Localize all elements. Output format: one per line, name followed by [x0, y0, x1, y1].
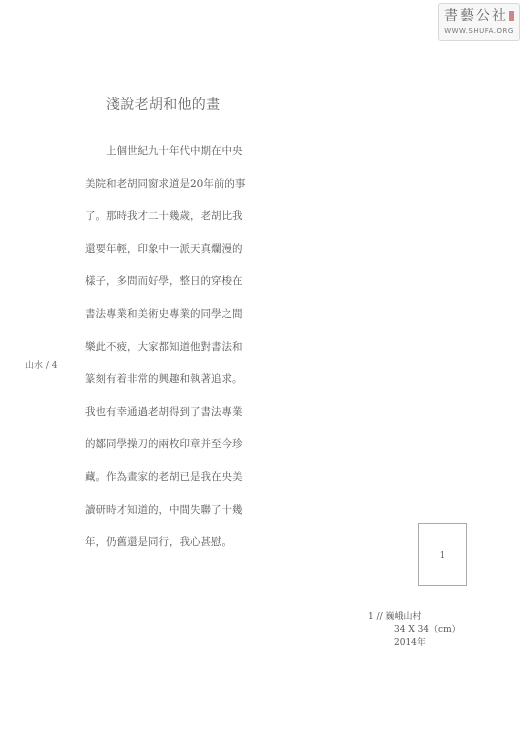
body-line: 了。那時我才二十幾歲，老胡比我 — [85, 208, 255, 241]
watermark-logo-text: 書藝公社 — [439, 6, 519, 26]
body-line: 上個世紀九十年代中期在中央 — [85, 143, 255, 176]
body-line: 樣子，多問而好學，整日的穿梭在 — [85, 273, 255, 306]
watermark-url: WWW.SHUFA.ORG — [439, 26, 519, 36]
caption-title: 1 // 巍峨山村 — [368, 611, 461, 624]
body-line: 的鄒同學操刀的兩枚印章并至今珍 — [85, 436, 255, 469]
artwork-placeholder: 1 — [418, 523, 467, 586]
body-line: 年，仍舊還是同行，我心甚慰。 — [85, 534, 255, 567]
caption-size: 34 X 34（cm） — [368, 624, 461, 637]
article-body: 上個世紀九十年代中期在中央 美院和老胡同窗求道是20年前的事 了。那時我才二十幾… — [85, 143, 255, 567]
caption-year: 2014年 — [368, 637, 461, 650]
body-line: 書法專業和美術史專業的同學之間 — [85, 306, 255, 339]
watermark-logo: 書藝公社 WWW.SHUFA.ORG — [438, 3, 520, 41]
body-line: 藏。作為畫家的老胡已是我在央美 — [85, 469, 255, 502]
body-line: 美院和老胡同窗求道是20年前的事 — [85, 176, 255, 209]
article-title: 淺說老胡和他的畫 — [106, 94, 220, 114]
seal-icon — [509, 11, 514, 21]
body-line: 篆刻有着非常的興趣和執著追求。 — [85, 371, 255, 404]
body-line: 我也有幸通過老胡得到了書法專業 — [85, 404, 255, 437]
body-line: 讀研時才知道的，中間失聯了十幾 — [85, 502, 255, 535]
page-label: 山水 / 4 — [25, 358, 57, 371]
artwork-number: 1 — [419, 551, 466, 561]
body-line: 還要年輕，印象中一派天真爛漫的 — [85, 241, 255, 274]
artwork-caption: 1 // 巍峨山村 34 X 34（cm） 2014年 — [368, 611, 461, 650]
body-line: 樂此不疲，大家都知道他對書法和 — [85, 339, 255, 372]
